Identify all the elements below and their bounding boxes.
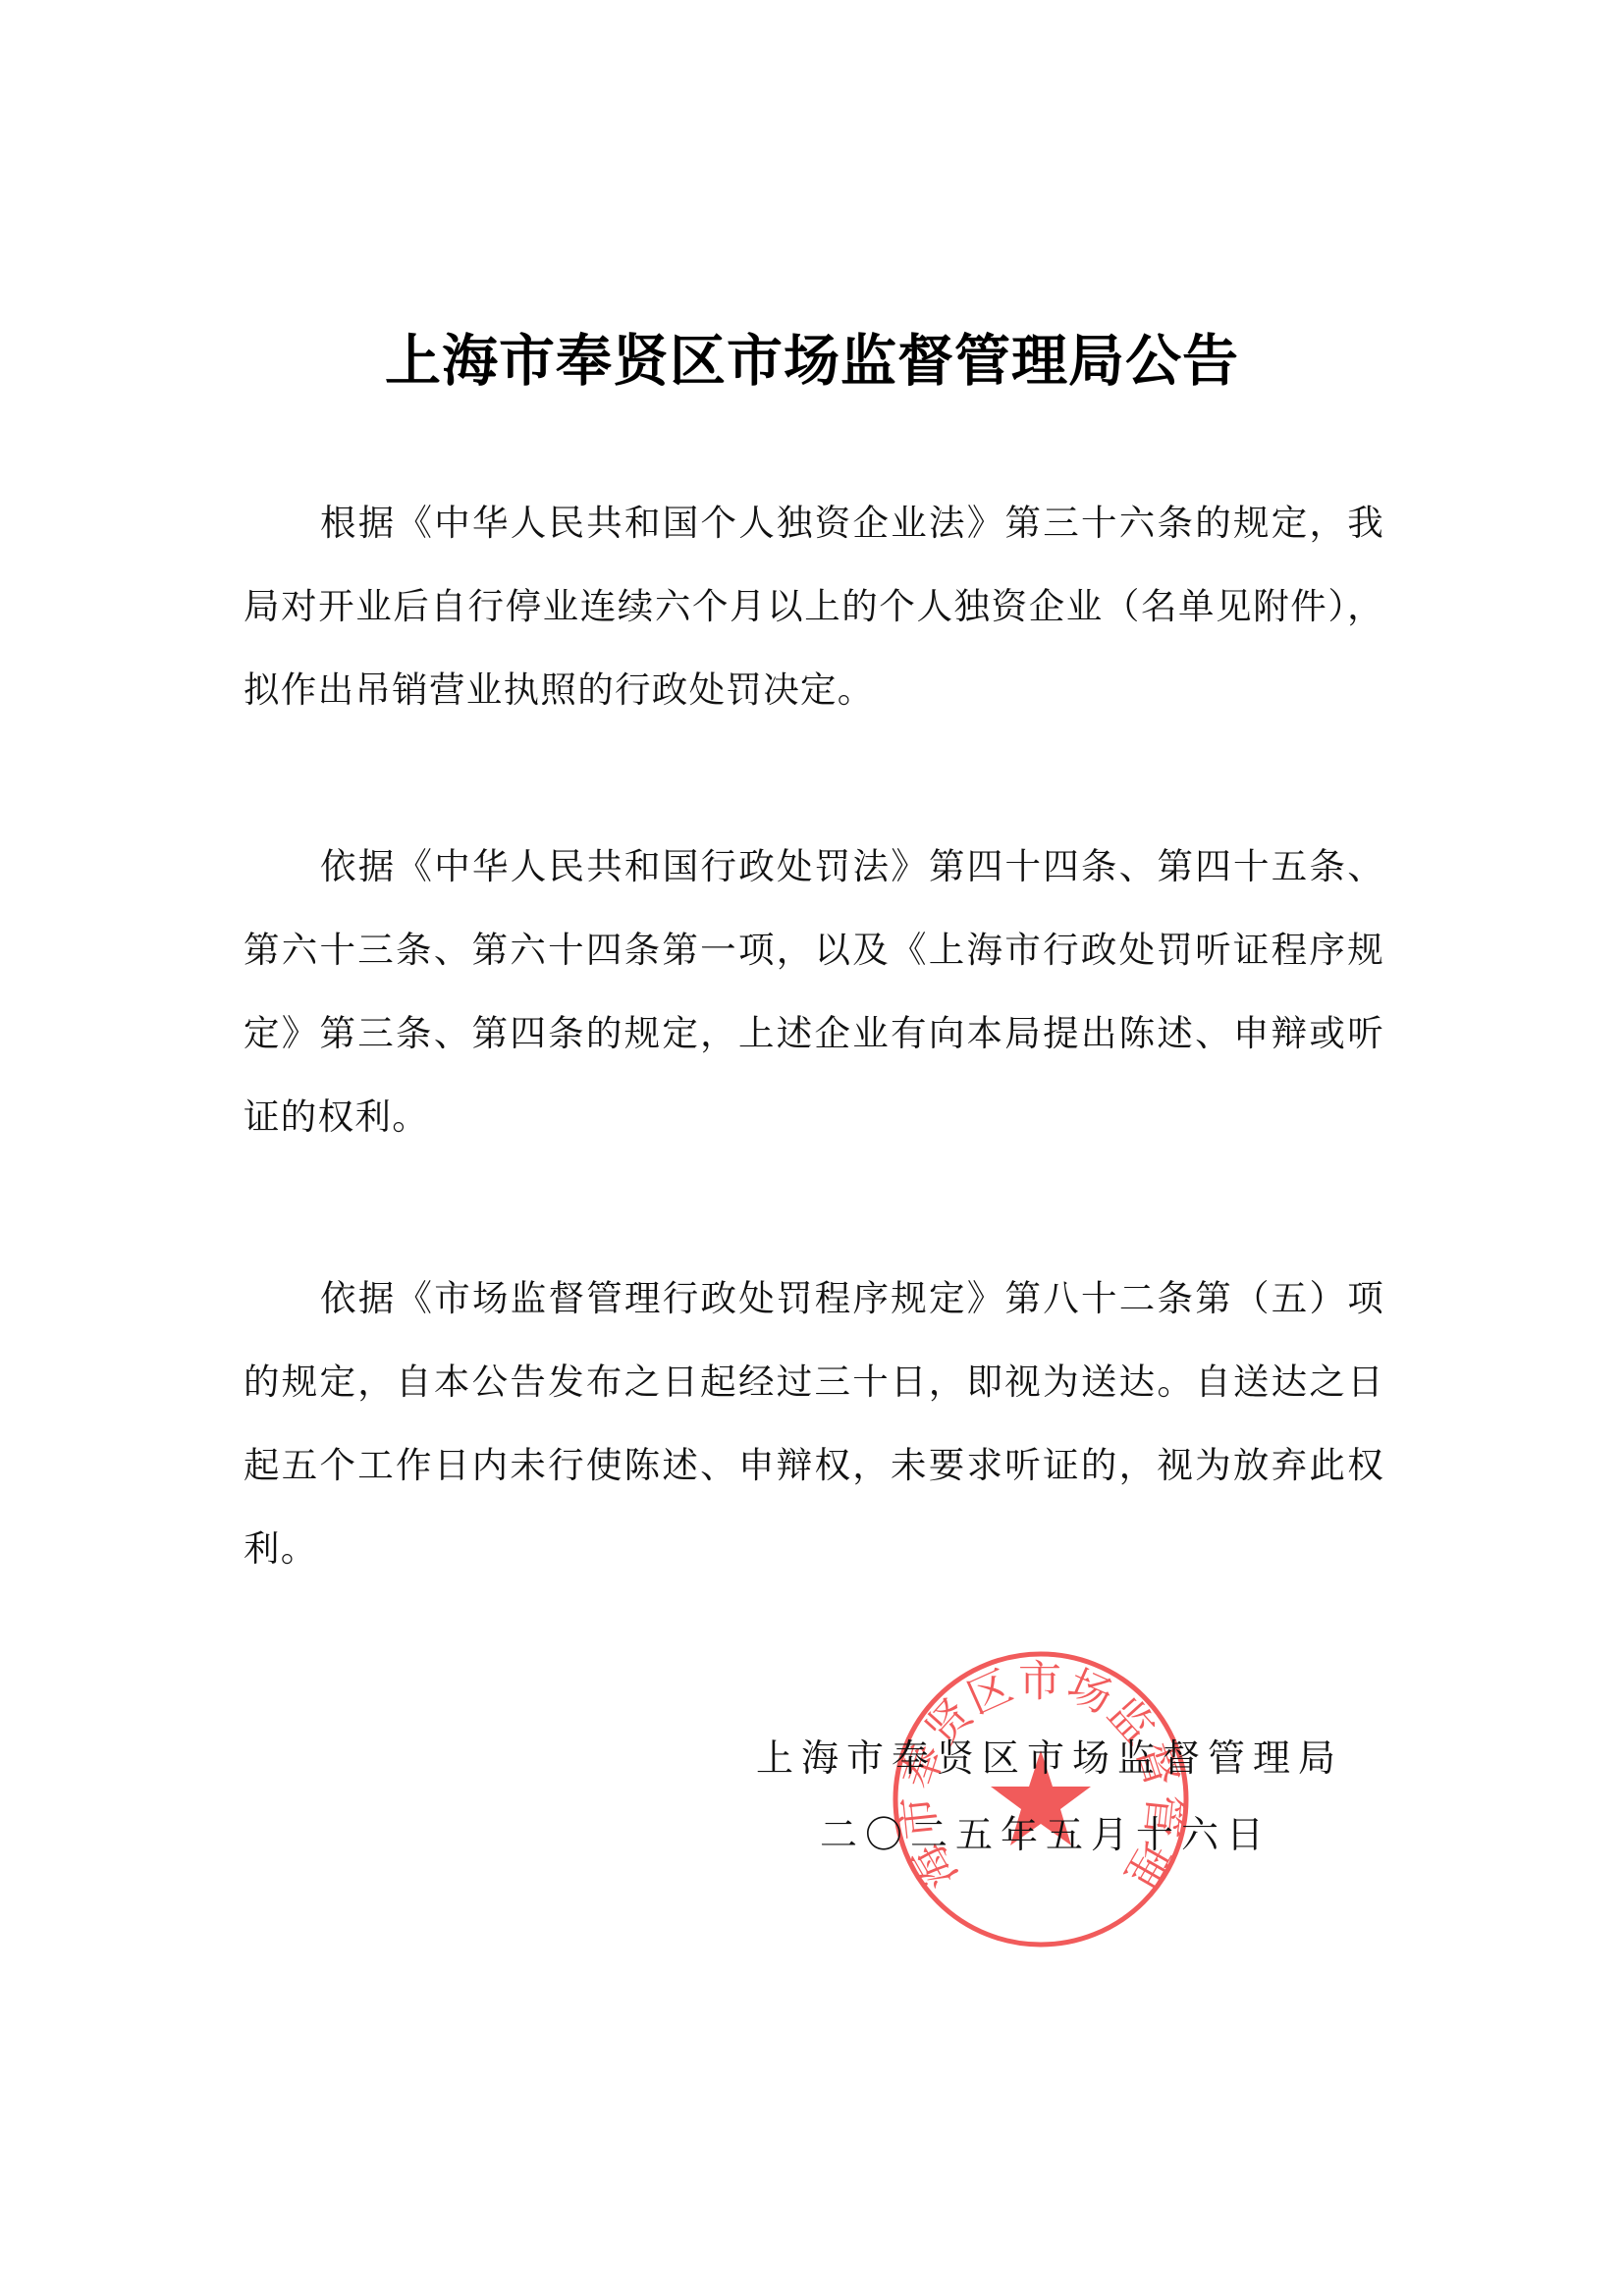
paragraph-2: 依据《中华人民共和国行政处罚法》第四十四条、第四十五条、第六十三条、第六十四条第… (244, 825, 1384, 1158)
signature-date: 二〇二五年五月十六日 (820, 1804, 1272, 1858)
signature-organization: 上海市奉贤区市场监督管理局 (756, 1728, 1343, 1782)
paragraph-3: 依据《市场监督管理行政处罚程序规定》第八十二条第（五）项的规定，自本公告发布之日… (244, 1256, 1384, 1590)
paragraph-1: 根据《中华人民共和国个人独资企业法》第三十六条的规定，我局对开业后自行停业连续六… (244, 481, 1384, 731)
official-seal-icon: 上海市奉贤区市场监督管理局 (889, 1647, 1193, 1951)
document-title: 上海市奉贤区市场监督管理局公告 (0, 316, 1624, 397)
